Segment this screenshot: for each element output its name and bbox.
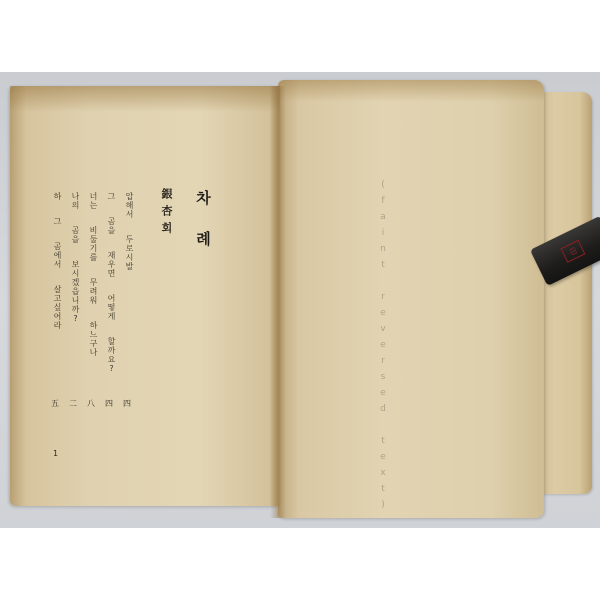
toc-page-number: 五 xyxy=(51,398,59,409)
toc-page-number: 二 xyxy=(69,398,77,409)
left-page: 차례 銀杏회 압해서 두로시발 그 곰을 재우면 어떻게 할까요? 너는 비둘기… xyxy=(10,86,280,506)
author-name: 銀杏회 xyxy=(158,188,174,239)
water-stain xyxy=(278,80,544,102)
toc-entry: 하 그 곰에서 살고싶어라 xyxy=(52,192,63,330)
toc-page-number: 四 xyxy=(123,398,131,409)
book-spine xyxy=(270,86,286,518)
folio-number: 1 xyxy=(53,449,58,458)
water-stain xyxy=(10,86,280,112)
right-page: (faint reversed text) xyxy=(278,80,544,518)
seal-stamp-icon: 印 xyxy=(560,240,585,263)
toc-entry: 압해서 두로시발 xyxy=(124,192,135,271)
page-title: 차례 xyxy=(193,190,214,272)
toc-entry: 나의 곰을 보시겠읍니까? xyxy=(70,192,81,324)
toc-entry: 그 곰을 재우면 어떻게 할까요? xyxy=(106,192,117,374)
toc-page-number: 四 xyxy=(105,398,113,409)
bleed-through-text: (faint reversed text) xyxy=(378,180,388,516)
toc-entry: 너는 비둘기를 무려워 하느구나 xyxy=(88,192,99,357)
toc-page-number: 八 xyxy=(87,398,95,409)
